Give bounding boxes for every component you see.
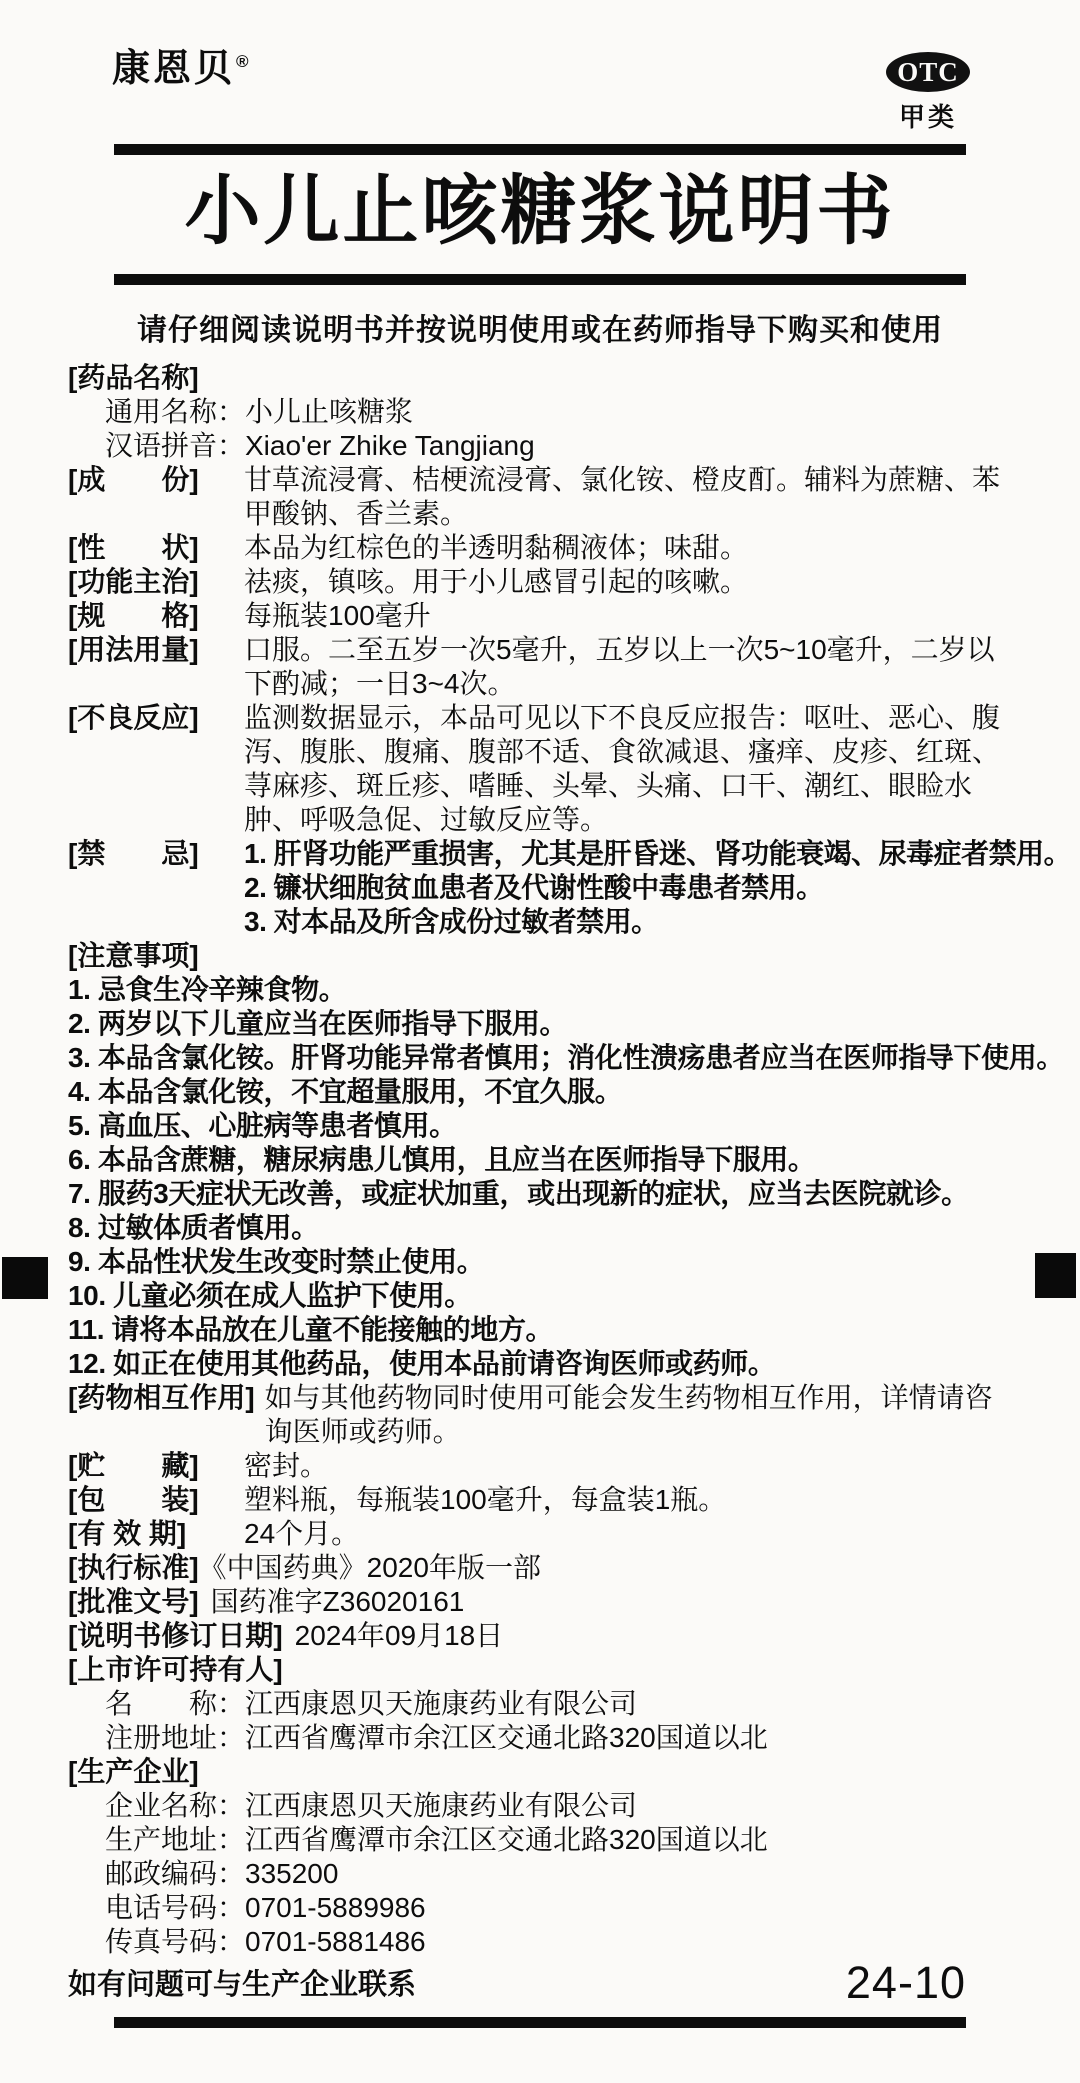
precaution-item: 5. 高血压、心脏病等患者慎用。 <box>68 1109 1012 1143</box>
precaution-item: 12. 如正在使用其他药品，使用本品前请咨询医师或药师。 <box>68 1347 1012 1381</box>
section-storage: [贮 藏] 密封。 <box>68 1449 1012 1483</box>
manufacturer-fax-row: 传真号码：0701-5881486 <box>68 1925 1012 1959</box>
page-title: 小儿止咳糖浆说明书 <box>114 169 966 254</box>
manufacturer-address: 生产地址：江西省鹰潭市余江区交通北路320国道以北 <box>105 1823 1012 1857</box>
brand-name: 康恩贝 <box>112 48 235 90</box>
manufacturer-name-row: 企业名称：江西康恩贝天施康药业有限公司 <box>68 1789 1012 1823</box>
section-label-drug-name: [药品名称] <box>68 361 199 395</box>
section-dosage: [用法用量] 口服。二至五岁一次5毫升，五岁以上一次5~10毫升，二岁以下酌减；… <box>68 633 1012 701</box>
section-label-spec: [规 格] <box>68 599 244 633</box>
precaution-item: 10. 儿童必须在成人监护下使用。 <box>68 1279 1012 1313</box>
section-standard: [执行标准] 《中国药典》2020年版一部 <box>68 1551 1012 1585</box>
section-label-contraindications: [禁 忌] <box>68 837 244 871</box>
mah-address-row: 注册地址：江西省鹰潭市余江区交通北路320国道以北 <box>68 1721 1012 1755</box>
title-box: 小儿止咳糖浆说明书 <box>114 144 966 285</box>
dosage-text: 口服。二至五岁一次5毫升，五岁以上一次5~10毫升，二岁以下酌减；一日3~4次。 <box>244 633 1012 701</box>
section-label-standard: [执行标准] <box>68 1551 199 1585</box>
spec-text: 每瓶装100毫升 <box>244 599 1012 633</box>
manufacturer-address-row: 生产地址：江西省鹰潭市余江区交通北路320国道以北 <box>68 1823 1012 1857</box>
section-approval: [批准文号] 国药准字Z36020161 <box>68 1585 1012 1619</box>
section-label-interactions: [药物相互作用] <box>68 1381 255 1415</box>
interactions-text: 如与其他药物同时使用可能会发生药物相互作用，详情请咨询医师或药师。 <box>255 1381 1012 1449</box>
section-label-approval: [批准文号] <box>68 1585 199 1619</box>
validity-text: 24个月。 <box>244 1517 1012 1551</box>
section-label-validity: [有 效 期] <box>68 1517 244 1551</box>
section-label-precautions: [注意事项] <box>68 939 199 973</box>
section-spec: [规 格] 每瓶装100毫升 <box>68 599 1012 633</box>
manufacturer-zip: 邮政编码：335200 <box>105 1857 1012 1891</box>
mah-address: 注册地址：江西省鹰潭市余江区交通北路320国道以北 <box>105 1721 1012 1755</box>
section-manufacturer: [生产企业] <box>68 1755 1012 1789</box>
header: 康恩贝® OTC 甲类 <box>0 0 1080 134</box>
manufacturer-tel: 电话号码：0701-5889986 <box>105 1891 1012 1925</box>
section-composition: [成 份] 甘草流浸膏、桔梗流浸膏、氯化铵、橙皮酊。辅料为蔗糖、苯甲酸钠、香兰素… <box>68 463 1012 531</box>
composition-text: 甘草流浸膏、桔梗流浸膏、氯化铵、橙皮酊。辅料为蔗糖、苯甲酸钠、香兰素。 <box>244 463 1012 531</box>
scan-edge-mark-left <box>2 1257 48 1299</box>
storage-text: 密封。 <box>244 1449 1012 1483</box>
character-text: 本品为红棕色的半透明黏稠液体；味甜。 <box>244 531 1012 565</box>
manufacturer-fax: 传真号码：0701-5881486 <box>105 1925 1012 1959</box>
bottom-rule <box>114 2017 966 2028</box>
otc-class-label: 甲类 <box>899 97 957 134</box>
precaution-item: 8. 过敏体质者慎用。 <box>68 1211 1012 1245</box>
section-label-indications: [功能主治] <box>68 565 244 599</box>
section-mah: [上市许可持有人] <box>68 1653 1012 1687</box>
brand-logo: 康恩贝® <box>112 50 252 88</box>
contraindication-item: 3. 对本品及所含成份过敏者禁用。 <box>244 905 1012 939</box>
pinyin-name: 汉语拼音：Xiao'er Zhike Tangjiang <box>105 429 1012 463</box>
package-insert-page: 康恩贝® OTC 甲类 小儿止咳糖浆说明书 请仔细阅读说明书并按说明使用或在药师… <box>0 0 1080 2083</box>
section-label-adverse: [不良反应] <box>68 701 244 735</box>
precaution-item: 6. 本品含蔗糖，糖尿病患儿慎用，且应当在医师指导下服用。 <box>68 1143 1012 1177</box>
section-drug-name: [药品名称] <box>68 361 1012 395</box>
insert-body: [药品名称] 通用名称：小儿止咳糖浆 汉语拼音：Xiao'er Zhike Ta… <box>0 361 1080 1959</box>
contraindications-list: 1. 肝肾功能严重损害，尤其是肝昏迷、肾功能衰竭、尿毒症者禁用。 2. 镰状细胞… <box>244 837 1012 939</box>
section-label-mah: [上市许可持有人] <box>68 1653 283 1687</box>
usage-notice: 请仔细阅读说明书并按说明使用或在药师指导下购买和使用 <box>0 305 1080 349</box>
otc-logo-icon: OTC <box>886 52 970 92</box>
footer: 如有问题可与生产企业联系 24-10 <box>0 1959 1080 2005</box>
section-interactions: [药物相互作用] 如与其他药物同时使用可能会发生药物相互作用，详情请咨询医师或药… <box>68 1381 1012 1449</box>
section-label-package: [包 装] <box>68 1483 244 1517</box>
section-validity: [有 效 期] 24个月。 <box>68 1517 1012 1551</box>
contraindication-item: 1. 肝肾功能严重损害，尤其是肝昏迷、肾功能衰竭、尿毒症者禁用。 <box>244 837 1012 871</box>
revision-text: 2024年09月18日 <box>283 1619 1012 1653</box>
section-contraindications: [禁 忌] 1. 肝肾功能严重损害，尤其是肝昏迷、肾功能衰竭、尿毒症者禁用。 2… <box>68 837 1012 939</box>
generic-name: 通用名称：小儿止咳糖浆 <box>105 395 1012 429</box>
mah-name-row: 名 称：江西康恩贝天施康药业有限公司 <box>68 1687 1012 1721</box>
precaution-item: 4. 本品含氯化铵，不宜超量服用，不宜久服。 <box>68 1075 1012 1109</box>
section-label-revision: [说明书修订日期] <box>68 1619 283 1653</box>
mah-name: 名 称：江西康恩贝天施康药业有限公司 <box>105 1687 1012 1721</box>
indications-text: 祛痰，镇咳。用于小儿感冒引起的咳嗽。 <box>244 565 1012 599</box>
precaution-item: 1. 忌食生冷辛辣食物。 <box>68 973 1012 1007</box>
precaution-item: 11. 请将本品放在儿童不能接触的地方。 <box>68 1313 1012 1347</box>
section-package: [包 装] 塑料瓶，每瓶装100毫升，每盒装1瓶。 <box>68 1483 1012 1517</box>
section-adverse-reactions: [不良反应] 监测数据显示，本品可见以下不良反应报告：呕吐、恶心、腹泻、腹胀、腹… <box>68 701 1012 837</box>
otc-label: OTC <box>897 57 959 88</box>
section-label-composition: [成 份] <box>68 463 244 497</box>
precaution-item: 9. 本品性状发生改变时禁止使用。 <box>68 1245 1012 1279</box>
manufacturer-tel-row: 电话号码：0701-5889986 <box>68 1891 1012 1925</box>
section-precautions: [注意事项] <box>68 939 1012 973</box>
standard-text: 《中国药典》2020年版一部 <box>199 1551 1012 1585</box>
approval-text: 国药准字Z36020161 <box>199 1585 1012 1619</box>
section-indications: [功能主治] 祛痰，镇咳。用于小儿感冒引起的咳嗽。 <box>68 565 1012 599</box>
package-text: 塑料瓶，每瓶装100毫升，每盒装1瓶。 <box>244 1483 1012 1517</box>
otc-badge: OTC 甲类 <box>886 52 970 134</box>
manufacturer-zip-row: 邮政编码：335200 <box>68 1857 1012 1891</box>
drug-name-generic-row: 通用名称：小儿止咳糖浆 <box>68 395 1012 429</box>
manufacturer-name: 企业名称：江西康恩贝天施康药业有限公司 <box>105 1789 1012 1823</box>
section-revision-date: [说明书修订日期] 2024年09月18日 <box>68 1619 1012 1653</box>
precaution-item: 7. 服药3天症状无改善，或症状加重，或出现新的症状，应当去医院就诊。 <box>68 1177 1012 1211</box>
adverse-text: 监测数据显示，本品可见以下不良反应报告：呕吐、恶心、腹泻、腹胀、腹痛、腹部不适、… <box>244 701 1012 837</box>
section-label-storage: [贮 藏] <box>68 1449 244 1483</box>
drug-name-pinyin-row: 汉语拼音：Xiao'er Zhike Tangjiang <box>68 429 1012 463</box>
contraindication-item: 2. 镰状细胞贫血患者及代谢性酸中毒患者禁用。 <box>244 871 1012 905</box>
scan-edge-mark-right <box>1035 1253 1076 1298</box>
page-code: 24-10 <box>846 1961 966 2005</box>
section-label-dosage: [用法用量] <box>68 633 244 667</box>
section-label-manufacturer: [生产企业] <box>68 1755 199 1789</box>
precaution-item: 2. 两岁以下儿童应当在医师指导下服用。 <box>68 1007 1012 1041</box>
registered-trademark-icon: ® <box>236 52 252 71</box>
contact-note: 如有问题可与生产企业联系 <box>68 1965 416 2005</box>
precaution-item: 3. 本品含氯化铵。肝肾功能异常者慎用；消化性溃疡患者应当在医师指导下使用。 <box>68 1041 1012 1075</box>
section-character: [性 状] 本品为红棕色的半透明黏稠液体；味甜。 <box>68 531 1012 565</box>
section-label-character: [性 状] <box>68 531 244 565</box>
